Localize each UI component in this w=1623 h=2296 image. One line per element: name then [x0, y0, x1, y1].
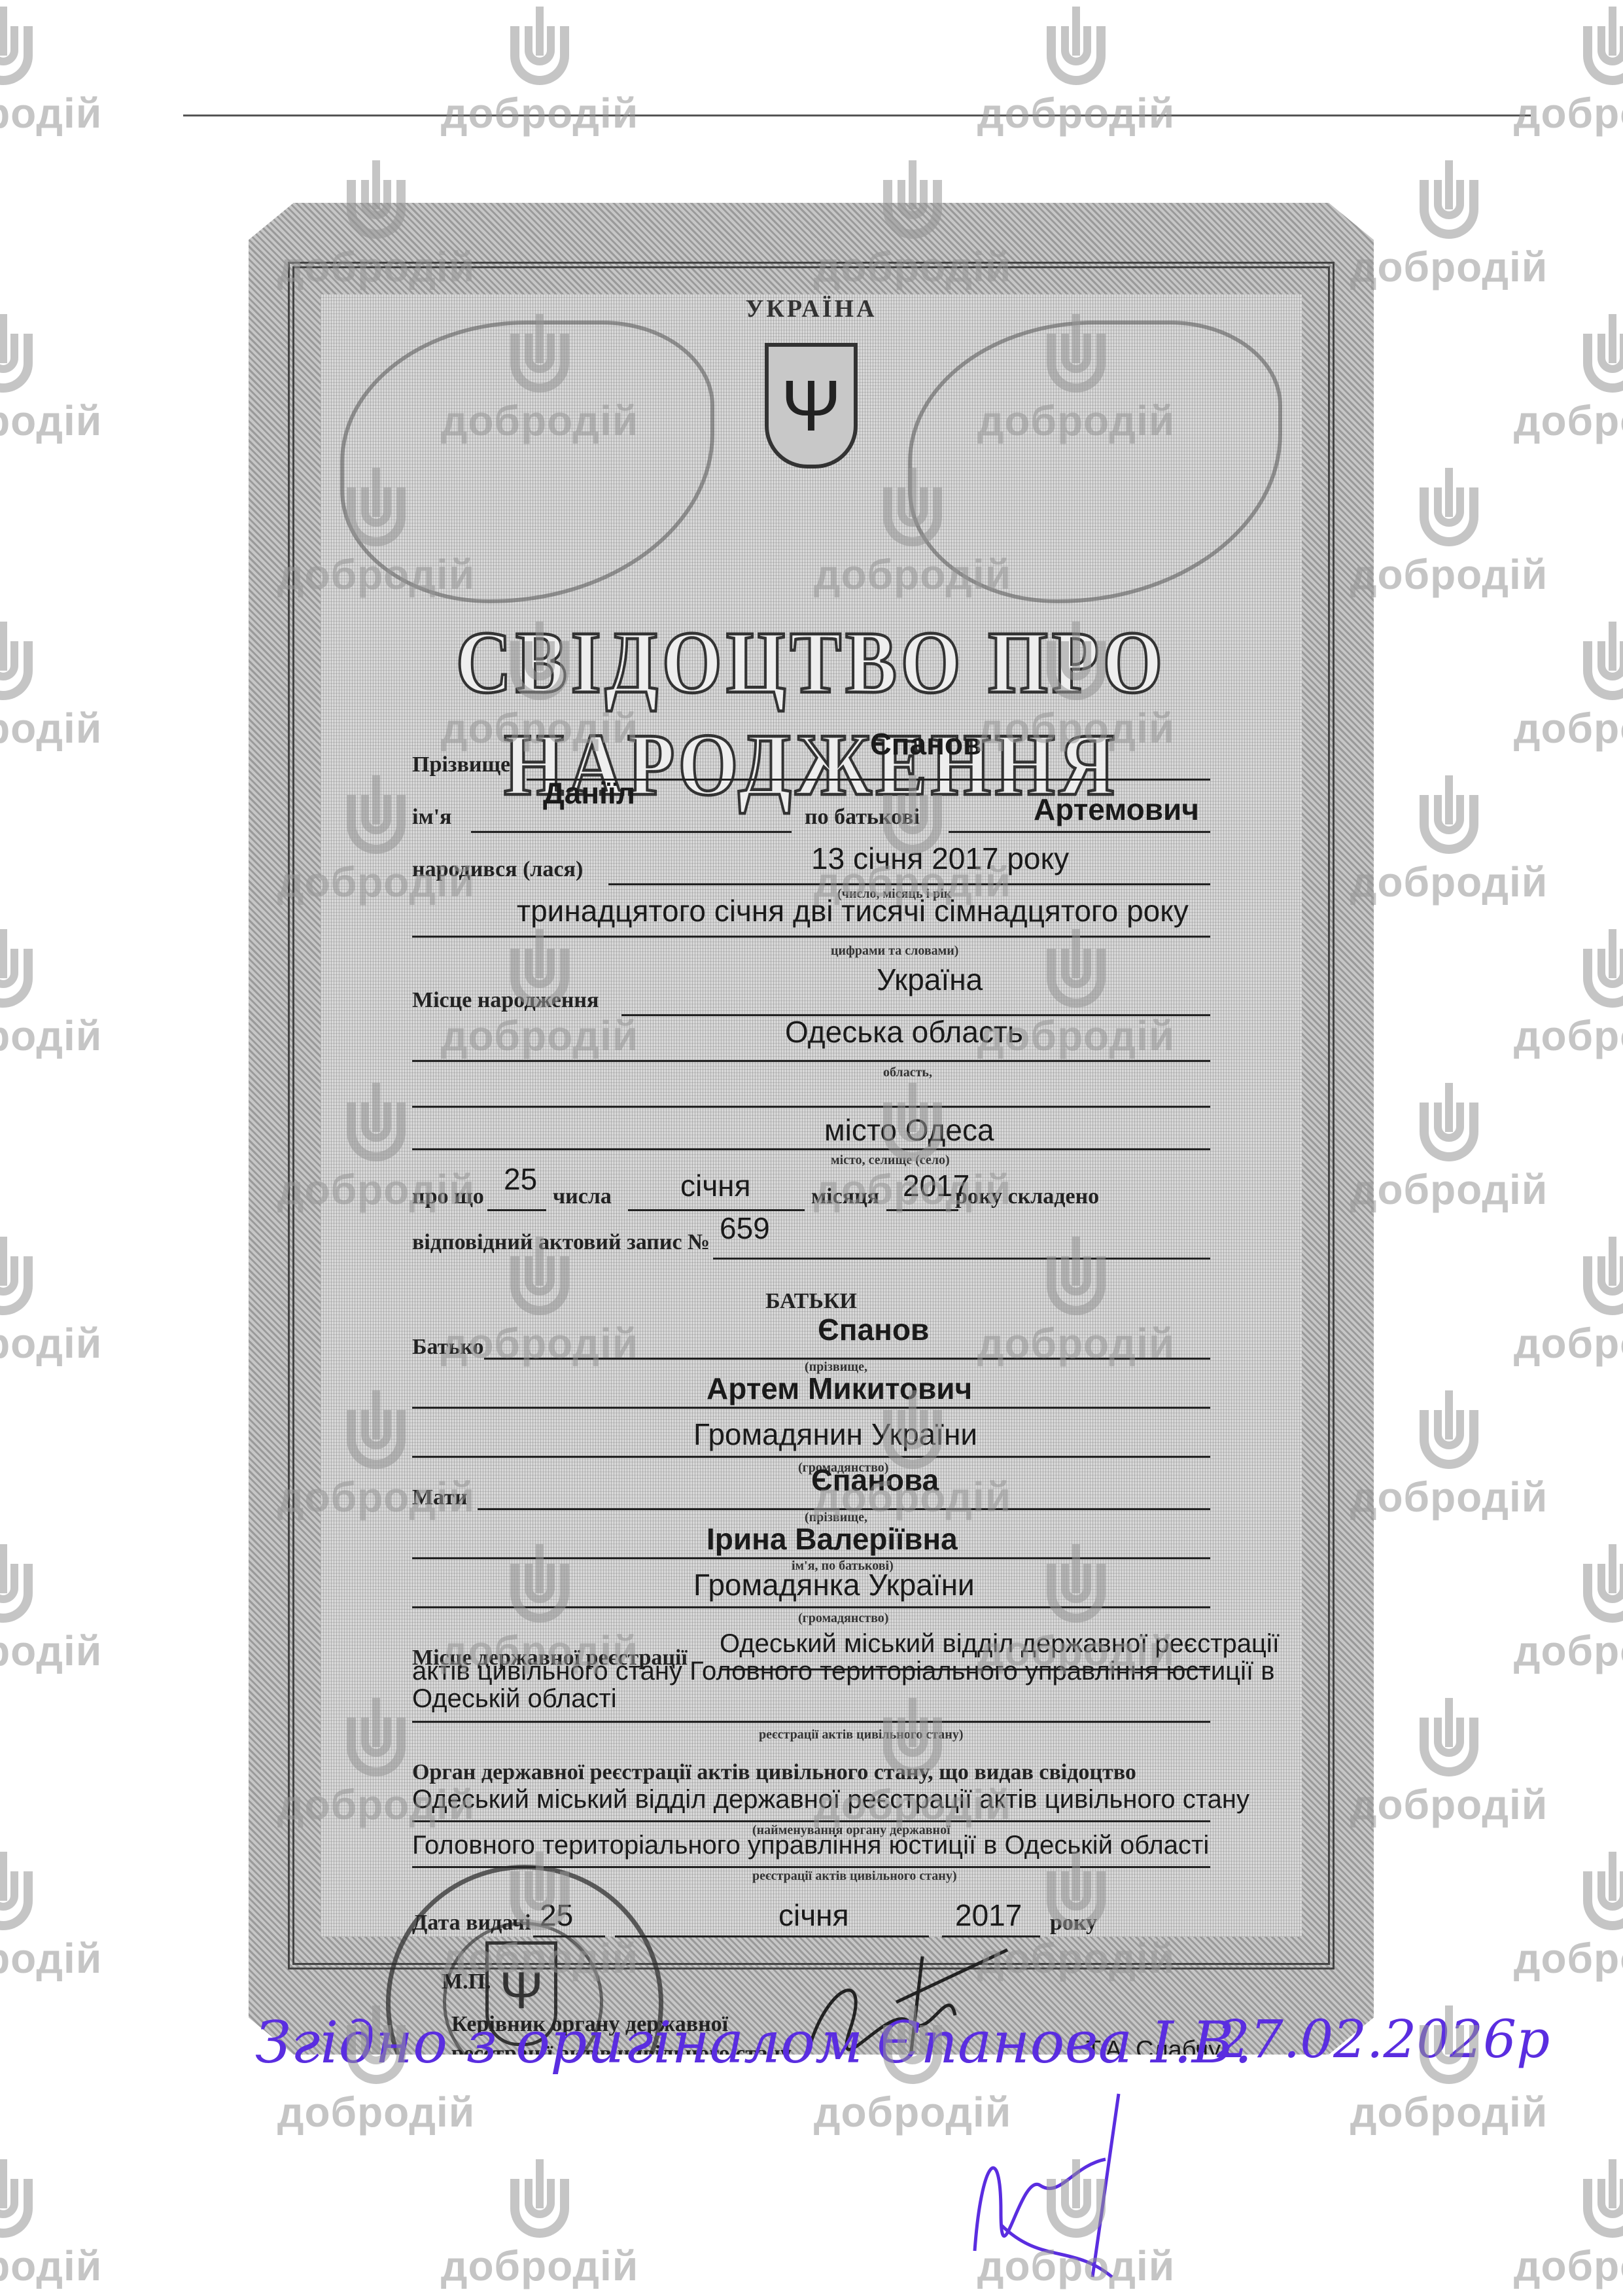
father-name-row: Артем Микитович — [412, 1374, 1210, 1413]
field-line — [533, 1935, 605, 1937]
watermark-tile: добродій — [432, 7, 648, 137]
field-line — [412, 1407, 1210, 1409]
name-row: ім'я Даніїл по батькові Артемович — [412, 792, 1210, 831]
dobrodiy-logo-icon — [0, 1852, 33, 1930]
state-crest: УКРАЇНА Ψ — [680, 249, 942, 589]
record-date-row: про що 25 числа січня місяця 2017 року с… — [412, 1171, 1210, 1210]
field-line — [615, 1935, 929, 1937]
record-number-value: 659 — [720, 1210, 770, 1246]
father-row: Батько Єпанов (прізвище, — [412, 1322, 1210, 1361]
father-surname-value: Єпанов — [818, 1312, 929, 1347]
watermark-tile: добродій — [1505, 1237, 1623, 1368]
watermark-tile: добродій — [1505, 1544, 1623, 1675]
field-line — [471, 831, 792, 833]
mother-label: Мати — [412, 1485, 468, 1510]
registration-place-line2: актів цивільного стану Головного територ… — [412, 1657, 1275, 1686]
month-label: місяця — [811, 1184, 879, 1209]
field-line — [412, 1820, 1210, 1822]
watermark-tile: добродій — [968, 7, 1184, 137]
trident-icon: Ψ — [765, 343, 858, 468]
issue-month-value: січня — [778, 1898, 849, 1933]
watermark-tile: добродій — [0, 929, 111, 1060]
dobrodiy-logo-icon — [510, 7, 569, 85]
watermark-tile: добродій — [0, 2159, 111, 2290]
field-line — [412, 1456, 1210, 1458]
birth-date-value: 13 січня 2017 року — [811, 841, 1069, 876]
dobrodiy-logo-icon — [1420, 775, 1478, 854]
watermark-tile: добродій — [1505, 1852, 1623, 1983]
father-label: Батько — [412, 1335, 483, 1360]
field-line — [608, 883, 1210, 885]
dobrodiy-logo-icon — [1583, 7, 1623, 85]
dobrodiy-logo-icon — [1583, 622, 1623, 700]
country-value: Україна — [877, 962, 983, 997]
surname-value: Єпанов — [870, 726, 981, 762]
surname-label: Прізвище — [412, 752, 510, 777]
watermark-tile: добродій — [1505, 929, 1623, 1060]
seal-label: М.П. — [442, 1969, 491, 1994]
dobrodiy-logo-icon — [0, 2159, 33, 2238]
dobrodiy-logo-icon — [0, 1544, 33, 1623]
mother-citizenship-value: Громадянка України — [693, 1567, 975, 1602]
year-drawn-label: року складено — [955, 1184, 1099, 1209]
dobrodiy-logo-icon — [1583, 2159, 1623, 2238]
dobrodiy-logo-icon — [1583, 1852, 1623, 1930]
watermark-tile: добродій — [0, 314, 111, 445]
birth-certificate: УКРАЇНА Ψ СВІДОЦТВО ПРО НАРОДЖЕННЯ Прізв… — [249, 203, 1374, 2055]
registration-place-row: Місце державної реєстрації Одеський місь… — [412, 1629, 1210, 1734]
dobrodiy-logo-icon — [1420, 160, 1478, 239]
city-value: місто Одеса — [824, 1112, 994, 1148]
scan-edge-line — [183, 115, 1531, 116]
series-label: Серія І-ЖД № — [652, 2130, 845, 2161]
dobrodiy-logo-icon — [0, 622, 33, 700]
issuer-row: Орган державної реєстрації актів цивільн… — [412, 1760, 1210, 1878]
region-value: Одеська область — [785, 1014, 1023, 1050]
dobrodiy-logo-icon — [1420, 1698, 1478, 1776]
birth-date-words-row: тринадцятого січня дві тисячі сімнадцято… — [412, 896, 1210, 936]
watermark-tile: добродій — [1505, 622, 1623, 752]
watermark-tile: добродій — [1505, 314, 1623, 445]
city-hint: місто, селище (село) — [831, 1153, 950, 1168]
watermark-tile: добродій — [1505, 7, 1623, 137]
dobrodiy-logo-icon — [1420, 1390, 1478, 1469]
attestation-signer: Єпанова І.В. — [877, 2009, 1252, 2076]
registration-place-line1: Одеський міський відділ державної реєстр… — [720, 1629, 1280, 1659]
patronymic-value: Артемович — [1034, 792, 1199, 827]
dobrodiy-logo-icon — [510, 2159, 569, 2238]
dobrodiy-logo-icon — [0, 314, 33, 393]
field-line — [412, 1060, 1210, 1062]
region-row: Одеська область область, — [412, 1027, 1210, 1067]
field-line — [412, 1106, 1210, 1108]
field-line — [628, 1209, 805, 1211]
about-that-label: про що — [412, 1184, 484, 1209]
born-label: народився (лася) — [412, 857, 583, 882]
ornamental-frame: УКРАЇНА Ψ СВІДОЦТВО ПРО НАРОДЖЕННЯ Прізв… — [288, 262, 1335, 1969]
name-value: Даніїл — [543, 775, 635, 811]
attestation-signature — [962, 2081, 1158, 2290]
mother-name-row: Ірина Валеріївна ім'я, по батькові) — [412, 1525, 1210, 1564]
issuer-line1: Одеський міський відділ державної реєстр… — [412, 1785, 1249, 1814]
watermark-tile: добродій — [1505, 2159, 1623, 2290]
record-day-value: 25 — [504, 1161, 537, 1197]
father-citizenship-value: Громадянин України — [693, 1417, 977, 1452]
ornament-left — [340, 321, 714, 603]
field-line — [412, 1148, 1210, 1150]
watermark-tile: добродій — [0, 622, 111, 752]
watermark-tile: добродій — [432, 2159, 648, 2290]
ornament-right — [908, 321, 1282, 603]
surname-row: Прізвище Єпанов — [412, 739, 1210, 779]
attestation-text: Згідно з оригіналом — [255, 2009, 863, 2076]
watermark-tile: добродій — [0, 1852, 111, 1983]
issue-date-label: Дата видачі — [412, 1911, 531, 1935]
mother-row: Мати Єпанова (прізвище, — [412, 1472, 1210, 1511]
issue-year-value: 2017 — [955, 1898, 1022, 1933]
birth-date-row: народився (лася) 13 січня 2017 року (чис… — [412, 844, 1210, 883]
field-line — [942, 1935, 1040, 1937]
city-row: місто Одеса місто, селище (село) — [412, 1112, 1210, 1152]
dobrodiy-logo-icon — [1583, 1544, 1623, 1623]
field-line — [713, 1258, 1210, 1260]
dobrodiy-logo-icon — [1583, 314, 1623, 393]
record-number-row: відповідний актовий запис № 659 — [412, 1217, 1210, 1256]
parents-heading: БАТЬКИ — [321, 1289, 1302, 1314]
day-label: числа — [553, 1184, 612, 1209]
record-label: відповідний актовий запис № — [412, 1230, 710, 1255]
watermark-tile: добродій — [0, 7, 111, 137]
document-title: СВІДОЦТВО ПРО НАРОДЖЕННЯ — [321, 612, 1302, 817]
series-value: 504343 — [865, 2130, 971, 2161]
dobrodiy-logo-icon — [1583, 929, 1623, 1008]
watermark-tile: добродій — [0, 1544, 111, 1675]
registration-place-line3: Одеській області — [412, 1684, 617, 1714]
place-of-birth-label: Місце народження — [412, 988, 599, 1013]
place-of-birth-row: Місце народження Україна — [412, 975, 1210, 1014]
words-hint: цифрами та словами) — [831, 944, 958, 959]
father-citizenship-row: Громадянин України (громадянство) — [412, 1420, 1210, 1459]
dobrodiy-logo-icon — [0, 929, 33, 1008]
watermark-tile: добродій — [0, 1237, 111, 1368]
name-label: ім'я — [412, 805, 451, 830]
field-line — [412, 1606, 1210, 1608]
dobrodiy-logo-icon — [1420, 1083, 1478, 1161]
record-month-value: січня — [680, 1168, 751, 1203]
field-line — [949, 831, 1210, 833]
issuer-line2: Головного територіального управління юст… — [412, 1831, 1209, 1860]
issuer-label: Орган державної реєстрації актів цивільн… — [412, 1760, 1136, 1785]
issuer-hint-2: реєстрації актів цивільного стану) — [752, 1869, 957, 1884]
patronymic-label: по батькові — [805, 805, 920, 830]
dobrodiy-logo-icon — [1583, 1237, 1623, 1315]
birth-date-words-value: тринадцятого січня дві тисячі сімнадцято… — [517, 893, 1189, 928]
blank-row — [412, 1073, 1210, 1112]
field-line — [886, 1209, 958, 1211]
dobrodiy-logo-icon — [1047, 7, 1106, 85]
attestation-date: 27.02.2026р — [1217, 2009, 1550, 2070]
father-name-value: Артем Микитович — [707, 1371, 972, 1406]
dobrodiy-logo-icon — [0, 7, 33, 85]
signature-hint: (підпис) — [883, 2074, 930, 2089]
issue-day-value: 25 — [540, 1898, 573, 1933]
certificate-body: УКРАЇНА Ψ СВІДОЦТВО ПРО НАРОДЖЕННЯ Прізв… — [321, 294, 1302, 1937]
dobrodiy-logo-icon — [0, 1237, 33, 1315]
registration-place-hint: реєстрації актів цивільного стану) — [759, 1727, 964, 1742]
dobrodiy-logo-icon — [1420, 468, 1478, 546]
field-line — [487, 1209, 546, 1211]
official-seal: Ψ — [386, 1865, 663, 2142]
field-line — [412, 1721, 1210, 1723]
citizenship-hint: (громадянство) — [798, 1611, 888, 1626]
country-heading: УКРАЇНА — [680, 294, 942, 323]
mother-citizenship-row: Громадянка України (громадянство) — [412, 1570, 1210, 1610]
field-line — [412, 936, 1210, 938]
mother-name-value: Ірина Валеріївна — [707, 1521, 958, 1557]
year-label: року — [1050, 1911, 1097, 1935]
mother-surname-value: Єпанова — [811, 1462, 939, 1498]
